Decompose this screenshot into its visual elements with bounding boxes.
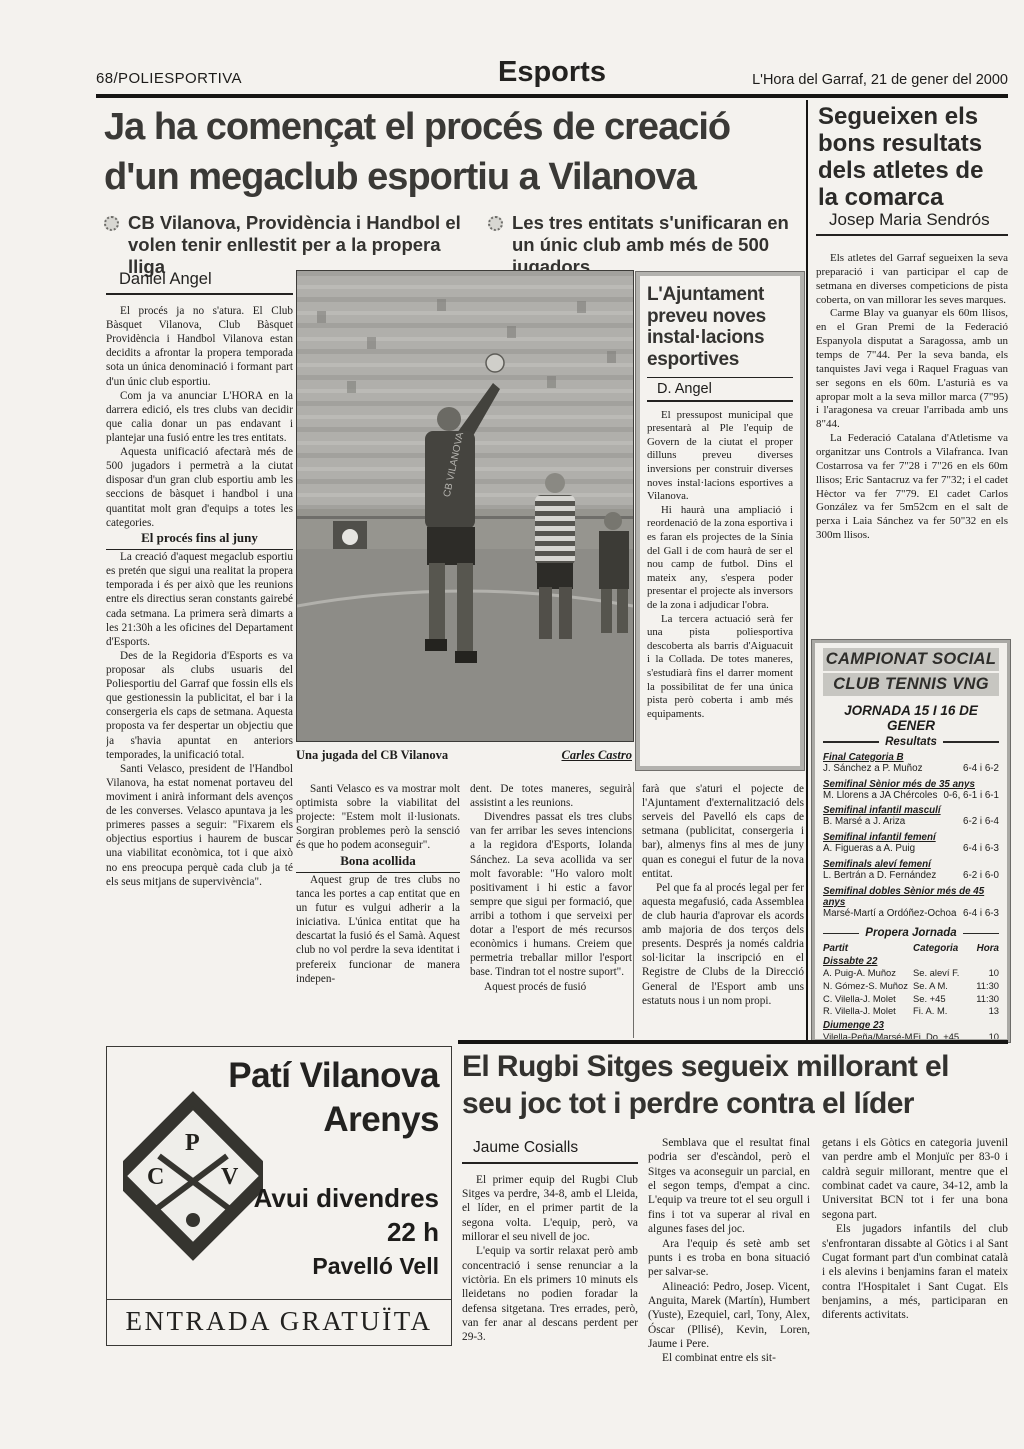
lead-headline-line1: Ja ha començat el procés de creació: [104, 102, 810, 152]
rugby-top-rule: [458, 1040, 1008, 1044]
paragraph: Els atletes del Garraf segueixen la seva…: [816, 252, 1008, 307]
cityhall-box-title: L'Ajuntament preveu noves instal·lacions…: [647, 284, 793, 371]
paragraph: El procés ja no s'atura. El Club Bàsquet…: [106, 304, 293, 389]
ad-footer: ENTRADA GRATUÏTA: [107, 1299, 451, 1337]
newspaper-page: 68/POLIESPORTIVA Esports L'Hora del Garr…: [0, 0, 1024, 1449]
photo-caption: Una jugada del CB Vilanova: [296, 748, 448, 763]
ad-date: Avui divendres: [199, 1183, 439, 1214]
photo-credit: Carles Castro: [561, 748, 632, 763]
paragraph: Carme Blay va guanyar els 60m llisos, en…: [816, 307, 1008, 432]
rugby-headline: El Rugbi Sitges segueix millorant el seu…: [462, 1048, 1010, 1122]
tennis-round: Semifinals aleví femení: [823, 859, 999, 870]
subhead-right-text: Les tres entitats s'unificaran en un úni…: [512, 212, 802, 277]
dotted-circle-bullet-icon: [104, 216, 119, 231]
lead-column-1: Daniel Angel El procés ja no s'atura. El…: [106, 270, 293, 1040]
lead-byline: Daniel Angel: [106, 270, 293, 295]
lead-headline-line2: d'un megaclub esportiu a Vilanova: [104, 152, 810, 202]
paragraph: Aquesta unificació afectarà més de 500 j…: [106, 445, 293, 530]
cityhall-box: L'Ajuntament preveu noves instal·lacions…: [636, 272, 804, 770]
tennis-result-row: L. Bertrán a D. Fernández6-2 i 6-0: [823, 870, 999, 883]
paragraph: Aquest procés de fusió: [470, 980, 632, 994]
subhead-left: CB Vilanova, Providència i Handbol el vo…: [104, 212, 462, 277]
photo-illustration: CB VILANOVA: [297, 271, 633, 741]
paragraph: farà que s'aturi el pojecte de l'Ajuntam…: [642, 782, 804, 881]
rugby-headline-line2: seu joc tot i perdre contra el líder: [462, 1085, 1010, 1122]
paragraph: Des de la Regidoria d'Esports es va prop…: [106, 649, 293, 762]
lead-column-3: dent. De totes maneres, seguirà assistin…: [470, 782, 632, 1038]
ad-venue: Pavelló Vell: [199, 1253, 439, 1280]
paragraph: La tercera actuació serà fer una pista p…: [647, 613, 793, 722]
paragraph: getans i els Gòtics en categoria juvenil…: [822, 1136, 1008, 1222]
paragraph: Semblava que el resultat final podria se…: [648, 1136, 810, 1237]
tennis-result-row: Marsé-Martí a Ordóñez-Ochoa6-4 i 6-3: [823, 908, 999, 921]
tennis-day-heading: Diumenge 23: [823, 1020, 999, 1031]
tennis-fixture-row: C. Vilella-J. MoletSe. +4511:30: [823, 993, 999, 1006]
subhead-left-text: CB Vilanova, Providència i Handbol el vo…: [128, 212, 462, 277]
crosshead: Bona acollida: [296, 853, 460, 873]
paragraph: Alineació: Pedro, Josep. Vicent, Anguita…: [648, 1280, 810, 1352]
cityhall-box-text: El pressupost municipal que presentarà a…: [647, 409, 793, 722]
tennis-jornada: JORNADA 15 I 16 DE GENER: [823, 703, 999, 733]
photo-cb-vilanova: CB VILANOVA: [296, 270, 634, 742]
rugby-byline: Jaume Cosialls: [462, 1138, 638, 1164]
athletics-text: Els atletes del Garraf segueixen la seva…: [816, 252, 1008, 636]
tennis-next-columns: PartitCategoriaHora: [823, 943, 999, 954]
tennis-result-row: M. Llorens a JA Chércoles0-6, 6-1 i 6-1: [823, 790, 999, 803]
tennis-round: Semifinal infantil femení: [823, 832, 999, 843]
tennis-title-line2: CLUB TENNIS VNG: [823, 673, 999, 696]
lead-column-4: farà que s'aturi el pojecte de l'Ajuntam…: [642, 782, 804, 1038]
lead-column-1-text: El procés ja no s'atura. El Club Bàsquet…: [106, 304, 293, 889]
lead-headline: Ja ha començat el procés de creació d'un…: [104, 102, 810, 202]
lead-column-2: Santi Velasco es va mostrar molt optimis…: [296, 782, 460, 1038]
tennis-fixture-row: N. Gómez-S. MuñozSe. A M.11:30: [823, 980, 999, 993]
paragraph: Divendres passat els tres clubs van fer …: [470, 810, 632, 979]
crosshead: El procés fins al juny: [106, 530, 293, 550]
paragraph: Ara l'equip és setè amb set punts i es t…: [648, 1237, 810, 1280]
paragraph: Els jugadors infantils del club s'enfron…: [822, 1222, 1008, 1323]
rugby-column-3: getans i els Gòtics en categoria juvenil…: [822, 1136, 1008, 1436]
athletics-headline: Segueixen els bons resultats dels atlete…: [818, 104, 1008, 212]
rugby-headline-line1: El Rugbi Sitges segueix millorant el: [462, 1048, 1010, 1085]
ad-club-name-line1: Patí Vilanova: [189, 1057, 439, 1096]
tennis-result-row: B. Marsé a J. Ariza6-2 i 6-4: [823, 816, 999, 829]
tennis-next-label: Propera Jornada: [823, 927, 999, 939]
tennis-round: Semifinal infantil masculí: [823, 805, 999, 816]
paragraph: La Federació Catalana d'Atletisme va org…: [816, 432, 1008, 543]
dotted-circle-bullet-icon: [488, 216, 503, 231]
athletics-byline: Josep Maria Sendrós: [816, 210, 1008, 236]
ad-club-name-line2: Arenys: [189, 1101, 439, 1140]
cityhall-box-byline: D. Angel: [647, 377, 793, 402]
tennis-result-row: A. Figueras a A. Puig6-4 i 6-3: [823, 843, 999, 856]
sidebar-divider-rule: [806, 100, 808, 1040]
rugby-column-1: Jaume Cosialls El primer equip del Rugbi…: [462, 1136, 638, 1436]
paragraph: Pel que fa al procés legal per fer aques…: [642, 881, 804, 1008]
paragraph: Com ja va anunciar L'HORA en la darrera …: [106, 389, 293, 445]
tennis-round: Semifinal dobles Sènior més de 45 anys: [823, 886, 999, 908]
tennis-day-heading: Dissabte 22: [823, 956, 999, 967]
tennis-fixture-row: R. Vilella-J. MoletFi. A. M.13: [823, 1005, 999, 1018]
pati-vilanova-ad: C P V Patí Vilanova Arenys Avui divendre…: [106, 1046, 452, 1346]
column-rule: [633, 782, 634, 1038]
lead-subheads: CB Vilanova, Providència i Handbol el vo…: [104, 212, 802, 277]
tennis-round: Final Categoria B: [823, 752, 999, 763]
tennis-box: CAMPIONAT SOCIAL CLUB TENNIS VNG JORNADA…: [812, 640, 1010, 1042]
tennis-title-line1: CAMPIONAT SOCIAL: [823, 648, 999, 671]
paragraph: Santi Velasco es va mostrar molt optimis…: [296, 782, 460, 853]
tennis-result-row: J. Sánchez a P. Muñoz6-4 i 6-2: [823, 763, 999, 776]
tennis-round: Semifinal Sènior més de 35 anys: [823, 779, 999, 790]
tennis-fixture-row: A. Puig-A. MuñozSe. aleví F.10: [823, 967, 999, 980]
paragraph: El pressupost municipal que presentarà a…: [647, 409, 793, 504]
paragraph: L'equip va sortir relaxat però amb conce…: [462, 1244, 638, 1345]
edition-dateline: L'Hora del Garraf, 21 de gener del 2000: [752, 72, 1008, 88]
svg-text:C: C: [147, 1164, 164, 1190]
photo-caption-row: Una jugada del CB Vilanova Carles Castro: [296, 748, 632, 763]
subhead-right: Les tres entitats s'unificaran en un úni…: [488, 212, 802, 277]
masthead-rule: [96, 94, 1008, 98]
paragraph: El combinat entre els sit-: [648, 1351, 810, 1365]
paragraph: La creació d'aquest megaclub esportiu es…: [106, 550, 293, 649]
tennis-results-label: Resultats: [823, 736, 999, 748]
rugby-column-2: Semblava que el resultat final podria se…: [648, 1136, 810, 1436]
ad-time: 22 h: [199, 1217, 439, 1248]
paragraph: Aquest grup de tres clubs no tanca les p…: [296, 873, 460, 986]
paragraph: Santi Velasco, president de l'Handbol Vi…: [106, 762, 293, 889]
paragraph: El primer equip del Rugbi Club Sitges va…: [462, 1173, 638, 1245]
paragraph: dent. De totes maneres, seguirà assistin…: [470, 782, 632, 810]
paragraph: Hi haurà una ampliació i reordenació de …: [647, 504, 793, 613]
